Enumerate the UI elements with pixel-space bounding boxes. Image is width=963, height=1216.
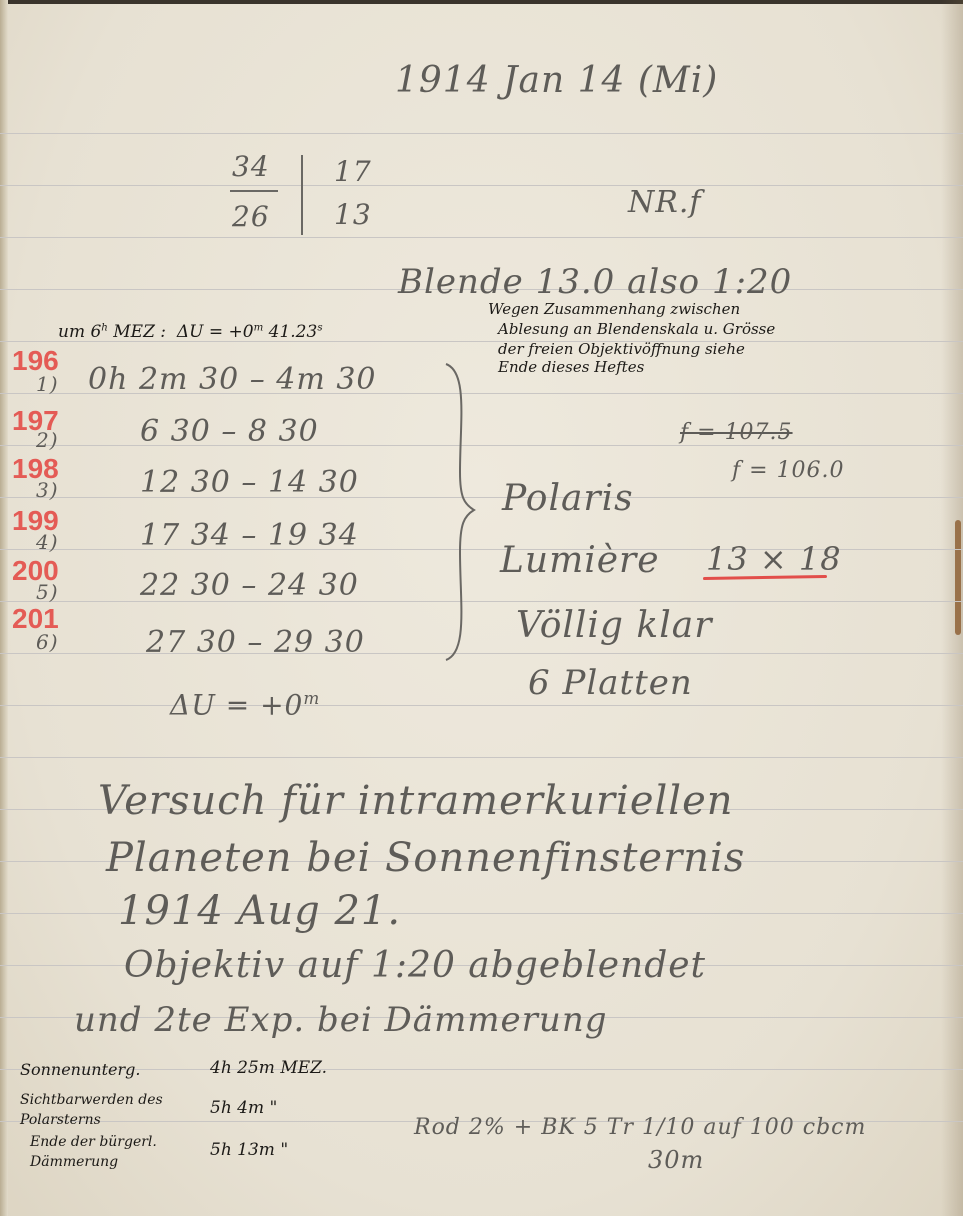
nr-label: NR.f [628,185,701,220]
exposure-index: 6) [36,630,59,654]
closing-correction-text: ΔU = +0 [170,688,303,721]
exposure-time: 27 30 – 29 30 [146,625,365,660]
fraction-numerator: 34 [232,150,270,183]
exposure-time: 6 30 – 8 30 [140,414,319,449]
blende-ink-note-line: Ende dieses Heftes [498,358,644,376]
note-sky: Völlig klar [516,605,712,646]
times-label: Sonnenunterg. [20,1060,140,1079]
ruled-line [0,133,963,134]
experiment-line: und 2te Exp. bei Dämmerung [74,1000,607,1040]
paper-stain [955,520,961,635]
entry-date: 1914 Jan 14 (Mi) [395,60,718,101]
clock-value-sup: s [317,322,322,333]
times-label: Ende der bürgerl. Dämmerung [30,1132,190,1172]
notebook-page: 1914 Jan 14 (Mi) 34 26 17 13 NR.f Blende… [0,0,963,1216]
fraction-right-top: 17 [334,155,372,188]
note-plates: 6 Platten [528,663,693,703]
exposure-time: 22 30 – 24 30 [140,568,359,603]
clock-value: 41.23 [269,322,318,342]
brace-icon [440,362,480,662]
clock-zone: MEZ : [113,322,166,342]
blende-note: Blende 13.0 also 1:20 [398,262,792,302]
ruled-line [0,653,963,654]
page-binding-edge [0,0,8,1216]
developer-note: Rod 2% + BK 5 Tr 1/10 auf 100 cbcm [414,1115,866,1140]
experiment-line: Versuch für intramerkuriellen [98,778,734,824]
ruled-line [0,1069,963,1070]
plate-size: 13 × 18 [706,540,842,578]
clock-formula: ΔU = +0 [177,322,254,342]
experiment-line: Planeten bei Sonnenfinsternis [106,835,745,881]
times-value: 4h 25m MEZ. [210,1058,327,1078]
exposure-index: 5) [36,580,59,604]
ruled-line [0,705,963,706]
ruled-line [0,185,963,186]
exposure-time: 17 34 – 19 34 [140,518,359,553]
blende-ink-note-line: Wegen Zusammenhang zwischen [488,300,740,318]
focal-length-struck: f = 107.5 [680,420,793,445]
developer-time: 30m [648,1146,704,1174]
clock-formula-sup: m [254,322,264,333]
clock-prefix-sup: h [101,322,108,333]
exposure-time: 12 30 – 14 30 [140,465,359,500]
exposure-time: 0h 2m 30 – 4m 30 [88,362,377,397]
blende-ink-note-line: Ablesung an Blendenskala u. Grösse [498,320,775,338]
clock-prefix: um 6 [58,322,101,342]
exposure-index: 3) [36,478,59,502]
fraction-divider [301,155,303,235]
page-top-edge [0,0,963,4]
exposure-index: 4) [36,530,59,554]
fraction-right-bottom: 13 [334,198,372,231]
experiment-line: 1914 Aug 21. [118,888,401,934]
experiment-line: Objektiv auf 1:20 abgeblendet [124,945,706,986]
fraction-denominator: 26 [232,200,270,233]
exposure-index: 2) [36,428,59,452]
ruled-line [0,757,963,758]
clock-correction: um 6h MEZ : ΔU = +0m 41.23s [58,322,323,342]
exposure-index: 1) [36,372,59,396]
note-object: Polaris [502,478,634,519]
blende-ink-note-line: der freien Objektivöffnung siehe [498,340,745,358]
times-value: 5h 4m " [210,1098,277,1118]
note-plate-type: Lumière [500,540,660,581]
closing-correction-sup: m [303,688,320,708]
times-value: 5h 13m " [210,1140,288,1160]
times-label: Sichtbarwerden des Polarsterns [20,1090,180,1130]
focal-length-corrected: f = 106.0 [732,458,845,483]
ruled-line [0,237,963,238]
closing-correction: ΔU = +0m [170,688,320,721]
fraction-line [230,190,278,192]
